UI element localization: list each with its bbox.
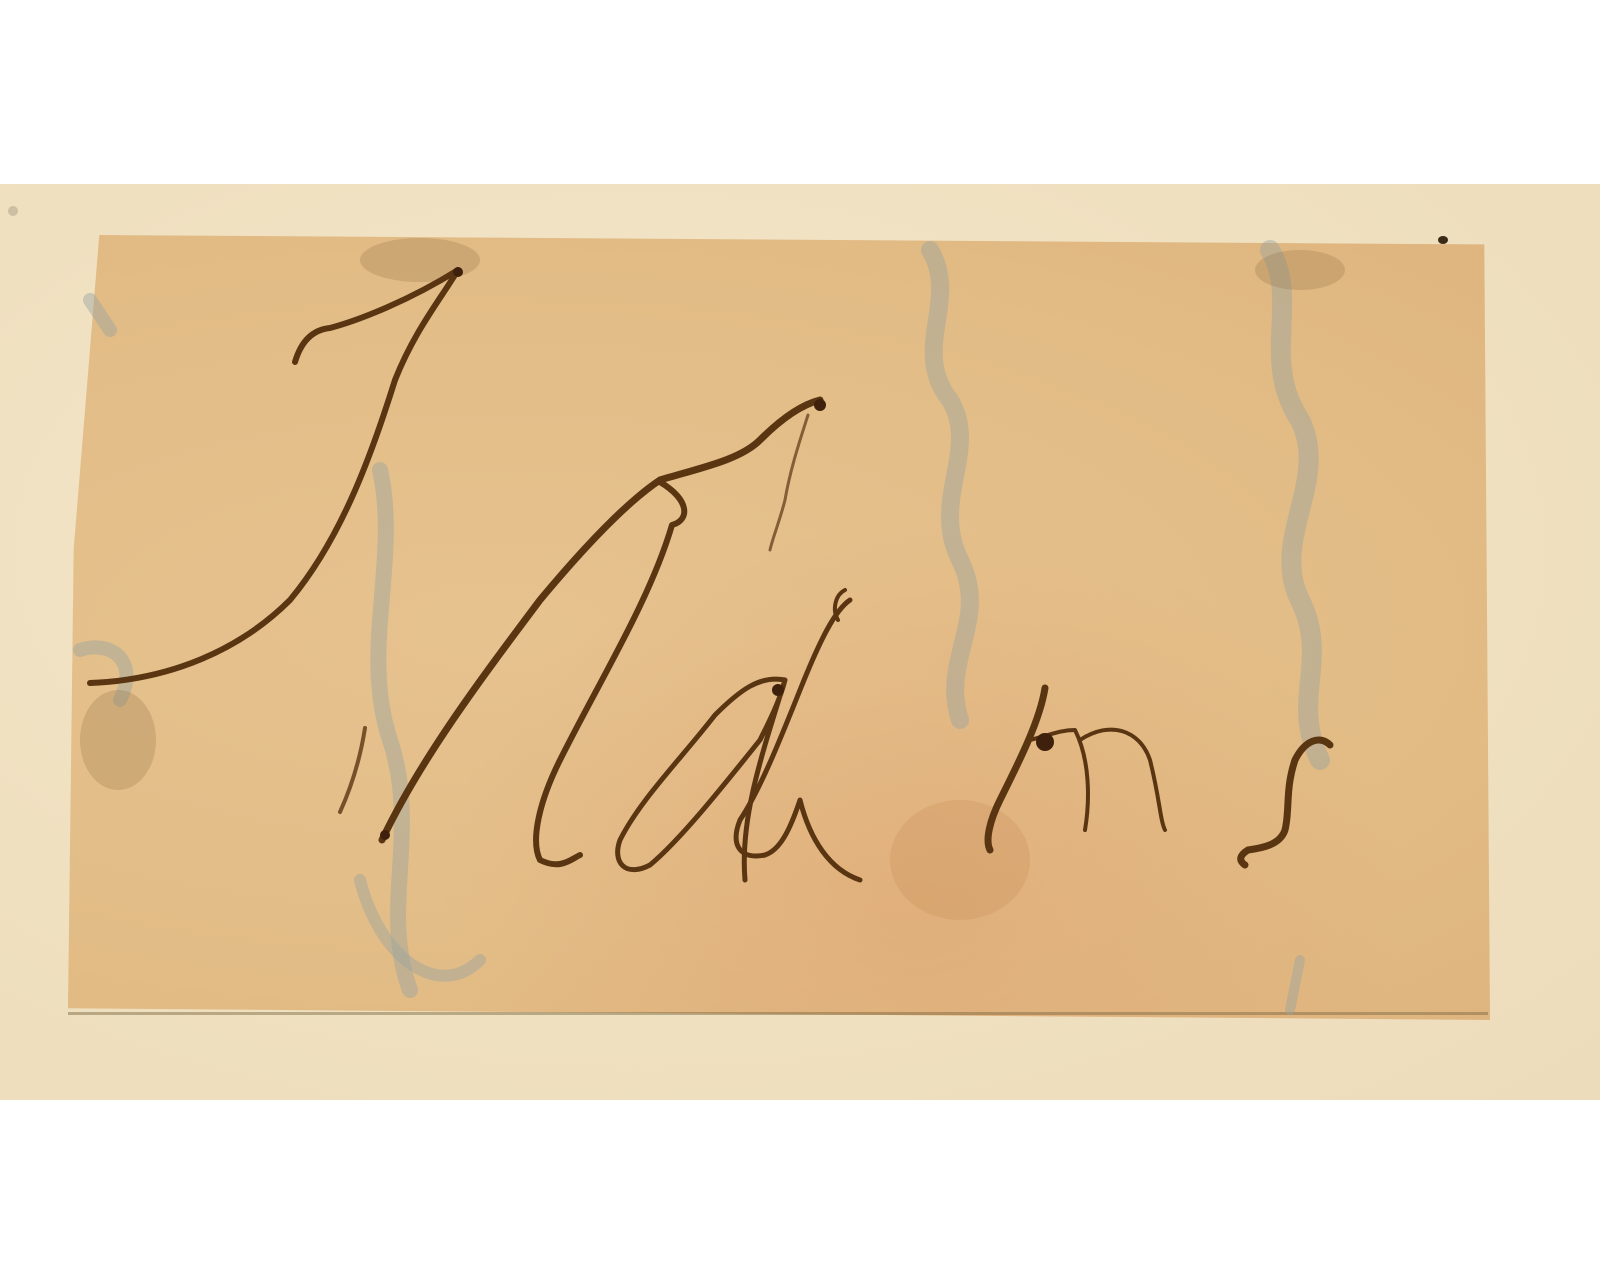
pencil-ghost-marks: [80, 250, 1320, 1010]
signature-ink: [0, 0, 1600, 1280]
paper-stains: [80, 238, 1345, 920]
photo-canvas: J Adams: [0, 0, 1600, 1280]
signature-strokes: [90, 267, 1330, 880]
